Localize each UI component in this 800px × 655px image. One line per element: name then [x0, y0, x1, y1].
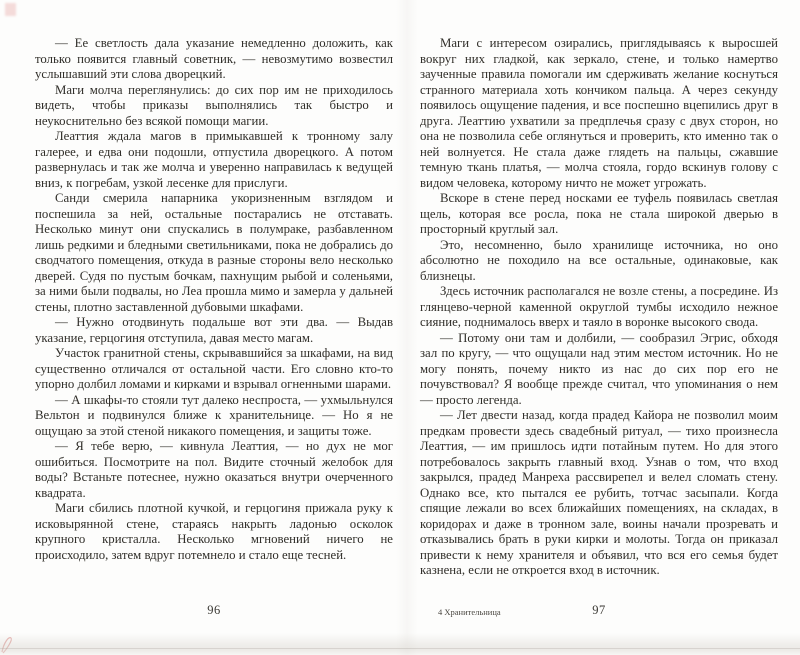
paragraph: — Я тебе верю, — кивнула Леаттия, — но д…: [35, 439, 393, 501]
photo-artifact-scribble: [0, 630, 26, 655]
paragraph: Санди смерила напарника укоризненным взг…: [35, 191, 393, 315]
page-right-text: Маги с интересом озирались, приглядываяс…: [420, 0, 778, 579]
paragraph: — Нужно отодвинуть подальше вот эти два.…: [35, 315, 393, 346]
paragraph: Маги с интересом озирались, приглядываяс…: [420, 36, 778, 191]
paragraph: — Ее светлость дала указание немедленно …: [35, 36, 393, 83]
paragraph: Маги сбились плотной кучкой, и герцогиня…: [35, 501, 393, 563]
page-left-footer: 96: [35, 603, 393, 619]
page-left-text: — Ее светлость дала указание немедленно …: [35, 0, 393, 563]
page-right-footer: 4 Хранительница 97: [420, 603, 778, 619]
page-number: 96: [35, 603, 393, 618]
page-left: — Ее светлость дала указание немедленно …: [35, 0, 393, 655]
paragraph: Здесь источник располагался не возле сте…: [420, 284, 778, 331]
signature-mark: 4 Хранительница: [438, 607, 501, 617]
paragraph: Это, несомненно, было хранилище источник…: [420, 238, 778, 285]
paragraph: Маги молча переглянулись: до сих пор им …: [35, 83, 393, 130]
page-gutter-shadow: [396, 0, 418, 655]
paragraph: — Лет двести назад, когда прадед Кайора …: [420, 408, 778, 579]
page-right: Маги с интересом озирались, приглядываяс…: [420, 0, 778, 655]
paragraph: Участок гранитной стены, скрывавшийся за…: [35, 346, 393, 393]
paragraph: — А шкафы-то стояли тут далеко неспроста…: [35, 393, 393, 440]
photo-artifact-corner-mark: [5, 3, 16, 16]
paragraph: Вскоре в стене перед носками ее туфель п…: [420, 191, 778, 238]
paragraph: Леаттия ждала магов в примыкавшей к трон…: [35, 129, 393, 191]
paragraph: — Потому они там и долбили, — сообразил …: [420, 331, 778, 409]
book-spread: — Ее светлость дала указание немедленно …: [0, 0, 800, 655]
